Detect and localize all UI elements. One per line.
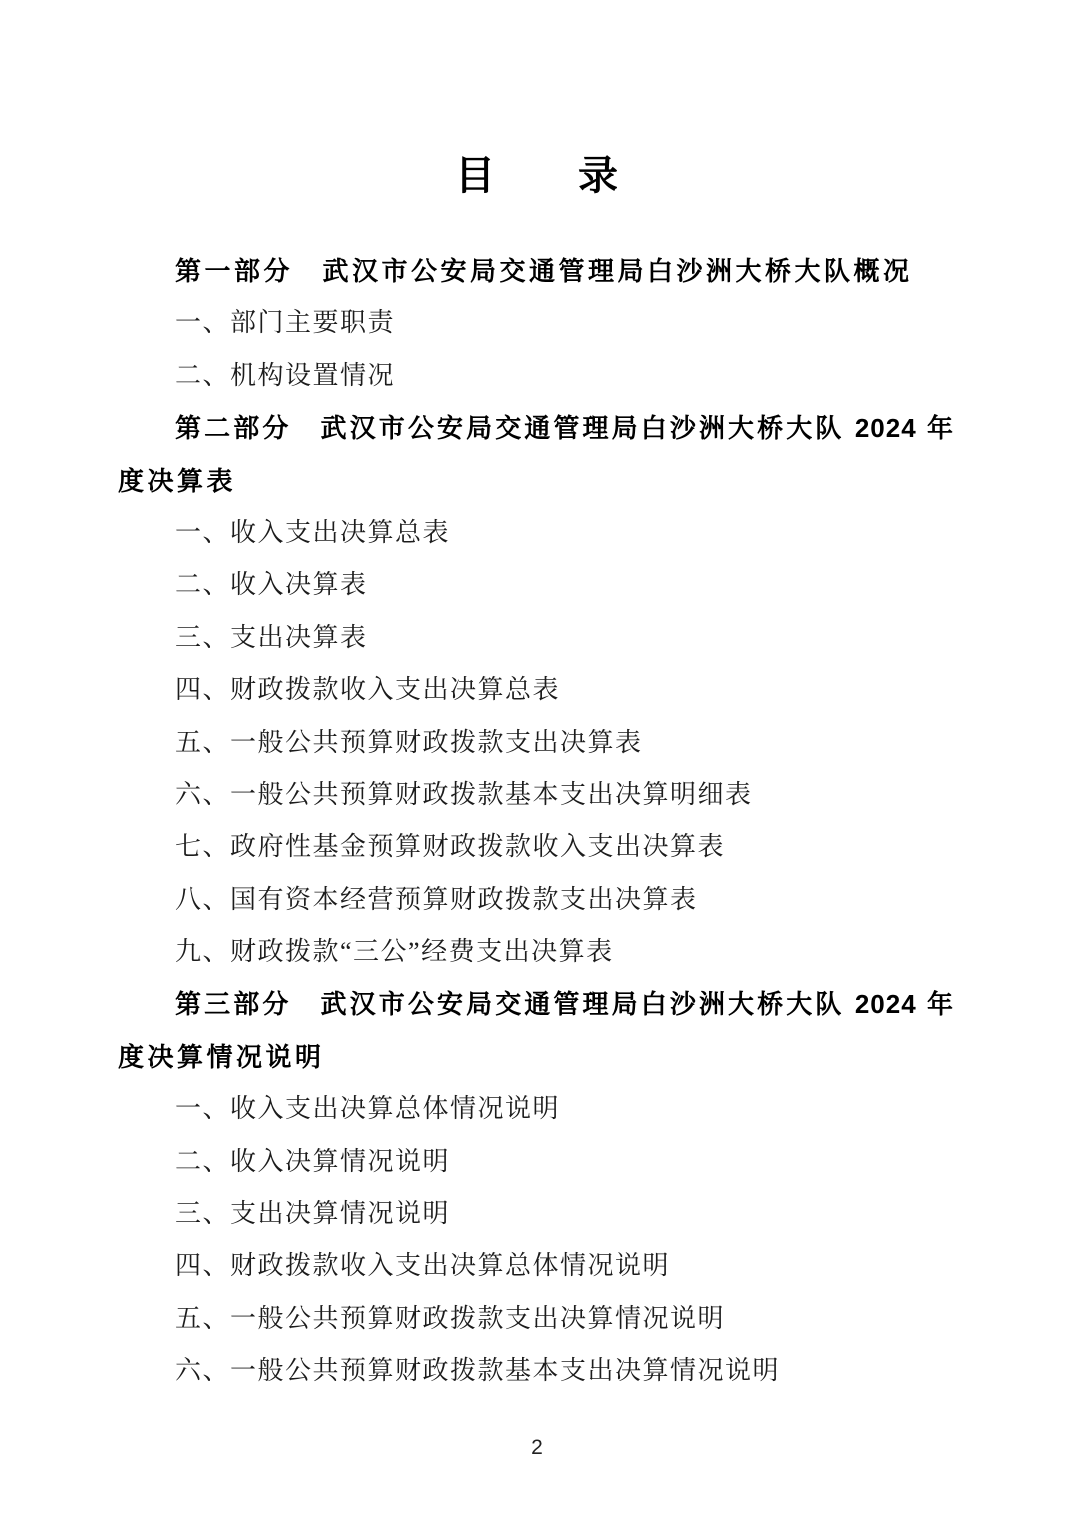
document-page: 目 录 第一部分 武汉市公安局交通管理局白沙洲大桥大队概况 一、部门主要职责 二… — [0, 0, 1074, 1520]
toc-item: 三、支出决算表 — [118, 612, 954, 664]
section-2-heading-line1: 第二部分 武汉市公安局交通管理局白沙洲大桥大队 2024 年 — [118, 402, 954, 454]
toc-item: 四、财政拨款收入支出决算总体情况说明 — [118, 1240, 954, 1292]
toc-item: 九、财政拨款“三公”经费支出决算表 — [118, 926, 954, 978]
section-2-heading-line2: 度决算表 — [118, 455, 954, 507]
toc-item: 五、一般公共预算财政拨款支出决算情况说明 — [118, 1293, 954, 1345]
toc-item: 一、收入支出决算总表 — [118, 507, 954, 559]
toc-item: 八、国有资本经营预算财政拨款支出决算表 — [118, 874, 954, 926]
toc-item: 一、收入支出决算总体情况说明 — [118, 1083, 954, 1135]
toc-item: 三、支出决算情况说明 — [118, 1188, 954, 1240]
toc-item: 七、政府性基金预算财政拨款收入支出决算表 — [118, 821, 954, 873]
toc-item: 六、一般公共预算财政拨款基本支出决算明细表 — [118, 769, 954, 821]
table-of-contents: 第一部分 武汉市公安局交通管理局白沙洲大桥大队概况 一、部门主要职责 二、机构设… — [118, 245, 954, 1398]
toc-item: 四、财政拨款收入支出决算总表 — [118, 664, 954, 716]
toc-item: 二、收入决算表 — [118, 559, 954, 611]
toc-item: 二、收入决算情况说明 — [118, 1136, 954, 1188]
toc-item: 二、机构设置情况 — [118, 350, 954, 402]
section-3-heading-line1: 第三部分 武汉市公安局交通管理局白沙洲大桥大队 2024 年 — [118, 978, 954, 1030]
page-title: 目 录 — [0, 0, 1074, 200]
toc-item: 五、一般公共预算财政拨款支出决算表 — [118, 717, 954, 769]
section-3-heading-line2: 度决算情况说明 — [118, 1031, 954, 1083]
page-number: 2 — [0, 1434, 1074, 1462]
section-1-heading: 第一部分 武汉市公安局交通管理局白沙洲大桥大队概况 — [118, 245, 954, 297]
toc-item: 六、一般公共预算财政拨款基本支出决算情况说明 — [118, 1345, 954, 1397]
toc-item: 一、部门主要职责 — [118, 297, 954, 349]
